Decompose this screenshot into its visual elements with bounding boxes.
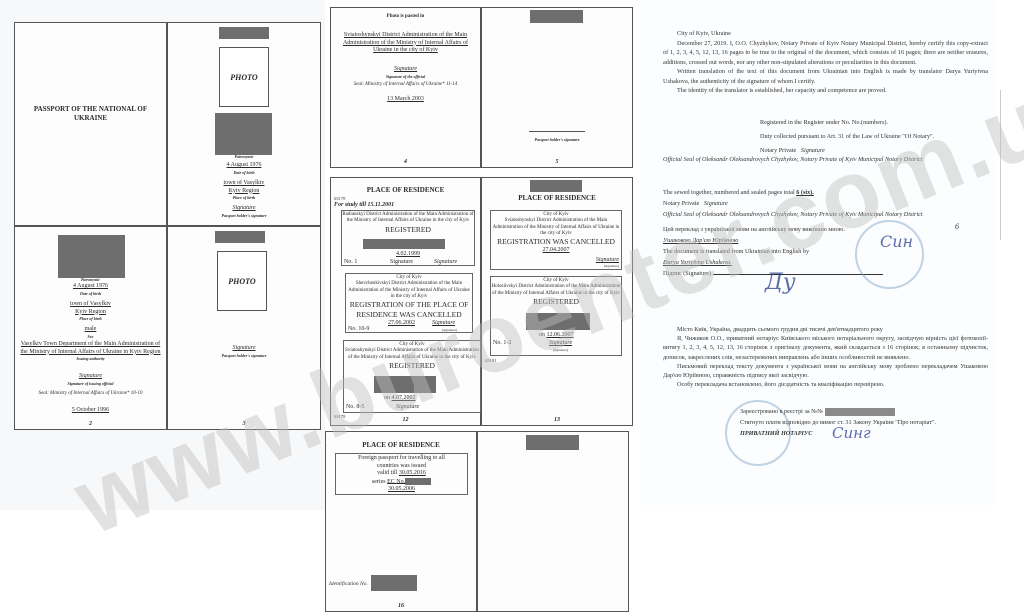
redacted-surname xyxy=(219,27,269,39)
notary-signature-scribble: Син xyxy=(880,232,913,251)
cert-para-3: The identity of the translator is establ… xyxy=(663,86,988,96)
signature-line: Підпис (Signature) xyxy=(663,268,993,279)
holder-signature: SignaturePassport holder's signature xyxy=(168,345,320,358)
redacted-identification xyxy=(371,575,417,591)
authority: Sviatoshynskyi District Administration o… xyxy=(331,32,480,55)
certificate-ukrainian: Місто Київ, Україна, двадцять сьомого гр… xyxy=(663,325,988,389)
page-1: PASSPORT OF THE NATIONAL OF UKRAINE xyxy=(14,22,167,226)
ua-para-2: Письмовий переклад тексту документа з ук… xyxy=(663,362,988,380)
redacted-address xyxy=(363,239,445,249)
certificate-english: City of Kyiv, Ukraine December 27, 2019.… xyxy=(663,29,988,96)
holder-signature: SignaturePassport holder's signature xyxy=(168,205,320,218)
study-note: For study till 15.11.2001 xyxy=(334,202,394,208)
ua-city: Місто Київ, Україна, двадцять сьомого гр… xyxy=(663,325,988,334)
notary-seal-stamp xyxy=(855,220,924,289)
page-number: 2 xyxy=(15,421,166,427)
stamp-registered-1: Radianskyi District Administration of th… xyxy=(341,210,475,266)
photo-placeholder: PHOTO xyxy=(217,251,267,311)
place-of-residence-title: PLACE OF RESIDENCE xyxy=(331,186,480,194)
ua-para-3: Особу перекладача встановлено, його дієз… xyxy=(663,380,988,389)
page-4: Photo is pasted in Sviatoshynskyi Distri… xyxy=(330,7,481,168)
cert-translator-block: Цей переклад з української мови на англі… xyxy=(663,224,993,279)
seal-note: Seal: Ministry of Internal Affairs of Uk… xyxy=(331,82,480,88)
ua-register: Зареєстровано в реєстрі за №№ xyxy=(740,406,1000,417)
stamp-cancelled-1: City of Kyiv Sviatoshynskyi District Adm… xyxy=(490,210,622,270)
translator-signature: Ду xyxy=(765,270,796,295)
passport-title: PASSPORT OF THE NATIONAL OF UKRAINE xyxy=(15,105,166,123)
date: 13 March 2003 xyxy=(331,96,480,104)
cert-city: City of Kyiv, Ukraine xyxy=(663,29,988,39)
redacted-address xyxy=(526,313,590,330)
redacted-surname xyxy=(215,231,265,243)
place-of-residence-title: PLACE OF RESIDENCE xyxy=(482,194,632,202)
page-5: Passport holder's signature 5 xyxy=(481,7,633,168)
page-2: Patronymic 4 August 1976Date of birth to… xyxy=(14,226,167,430)
ua-para-1: Я, Чижиков О.О., приватний нотаріус Київ… xyxy=(663,334,988,362)
date-of-birth: 4 August 1976Date of birth xyxy=(168,162,320,175)
issue-date: 5 October 1996 xyxy=(15,407,166,415)
cert-seal-line-2: Official Seal of Oleksandr Oleksandrovyc… xyxy=(663,209,993,220)
page-12: PLACE OF RESIDENCE 03179 For study till … xyxy=(330,177,481,426)
foreign-passport-stamp: Foreign passport for travelling to all c… xyxy=(335,453,468,495)
seal-note: Seal: Ministry of Internal Affairs of Uk… xyxy=(15,391,166,397)
issuing-authority: Vasylkiv Town Department of the Main Adm… xyxy=(15,341,166,361)
stamp-registered-2: City of Kyiv Holosiivskyi District Admin… xyxy=(490,276,622,356)
identification-label: Identification No. xyxy=(329,581,368,587)
cert-para-1: December 27, 2019. I, O.O. Chyzhykov, No… xyxy=(663,39,988,68)
page-16: PLACE OF RESIDENCE Foreign passport for … xyxy=(325,431,477,612)
redacted-field xyxy=(530,10,583,23)
photo-pasted-header: Photo is pasted in xyxy=(331,14,480,20)
place-of-birth: town of VasylkivKyiv RegionPlace of birt… xyxy=(15,301,166,321)
page-number: 3 xyxy=(168,421,320,427)
redacted-surname-name xyxy=(58,235,125,278)
place-of-residence-title: PLACE OF RESIDENCE xyxy=(326,441,476,449)
holder-signature: Passport holder's signature xyxy=(482,119,632,142)
stamp-number: 6 xyxy=(955,222,959,231)
cert-duty: Duty collected pursuant to Art. 31 of th… xyxy=(760,130,990,144)
notary-signature-ua: Синг xyxy=(832,424,871,442)
page-number: 13 xyxy=(482,417,632,423)
ua-translated: Цей переклад з української мови на англі… xyxy=(663,224,993,235)
cert-seal-line: Official Seal of Oleksandr Oleksandrovyc… xyxy=(663,155,993,165)
cert-sewed: The sewed together, numbered and sealed … xyxy=(663,187,993,198)
page-number: 4 xyxy=(331,159,480,165)
en-translator: Darya Yuriyivna Ushakova. xyxy=(663,257,993,268)
official-signature: SignatureSignature of the official xyxy=(331,66,480,79)
patronymic-caption: Patronymic xyxy=(15,277,166,282)
place-of-birth: town of VasylkivKyiv RegionPlace of birt… xyxy=(168,180,320,200)
redacted-field xyxy=(530,180,582,192)
cert-register: Registered in the Register under No. No.… xyxy=(760,116,990,130)
redacted-name xyxy=(215,113,272,155)
stamp-registered-3: City of Kyiv Sviatoshynskyi District Adm… xyxy=(343,340,481,413)
redacted-address xyxy=(374,376,436,393)
stamp-cancelled-2: City of Kyiv Shevchenkivskyi District Ad… xyxy=(345,273,473,333)
redacted-field xyxy=(526,435,579,450)
photo-placeholder: PHOTO xyxy=(219,47,269,107)
page-number: 12 xyxy=(331,417,480,423)
cert-register-block: Registered in the Register under No. No.… xyxy=(760,116,990,158)
page-17-blank xyxy=(477,431,629,612)
page-number: 16 xyxy=(326,603,476,609)
code-bottom: 03191 xyxy=(485,358,496,363)
page-13: PLACE OF RESIDENCE City of Kyiv Sviatosh… xyxy=(481,177,633,426)
cert-para-2: Written translation of the text of this … xyxy=(663,67,988,86)
ua-translator: Ушаковою Дар'єю Юріївною xyxy=(663,235,993,246)
cert-sewed-block: The sewed together, numbered and sealed … xyxy=(663,187,993,220)
sex: maleSex xyxy=(15,326,166,339)
page-number: 5 xyxy=(482,159,632,165)
cert-notary-2: Notary Private Signature xyxy=(663,198,993,209)
date-of-birth: 4 August 1976Date of birth xyxy=(15,283,166,296)
page-1-photo: PHOTO Patronymic 4 August 1976Date of bi… xyxy=(167,22,321,226)
en-translated: The document is translated from Ukrainia… xyxy=(663,246,993,257)
code-top: 03179 xyxy=(334,196,345,201)
patronymic-caption: Patronymic xyxy=(168,154,320,159)
page-3: PHOTO SignaturePassport holder's signatu… xyxy=(167,226,321,430)
official-signature: SignatureSignature of issuing official xyxy=(15,373,166,386)
